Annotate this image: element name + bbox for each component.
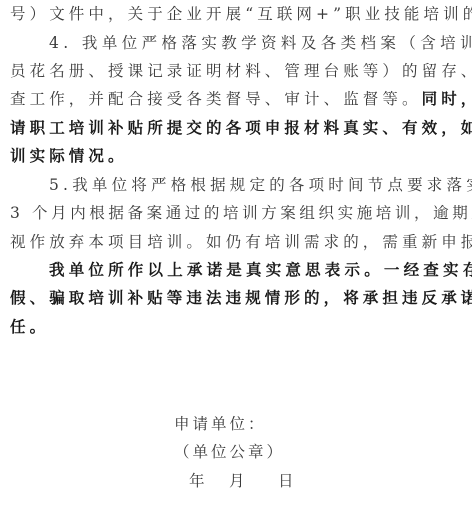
day-label: 日 (278, 471, 297, 491)
paragraph-4-line-1: 4. 我单位严格落实教学资料及各类档案（含培训方案、学 (49, 33, 472, 53)
applicant-label: 申请单位： (174, 414, 267, 434)
paragraph-5-line-3: 视作放弃本项目培训。如仍有培训需求的，需重新申报。 (10, 232, 470, 252)
commitment-document: 号）文件中，关于企业开展“互联网+”职业技能培训的条件要求。 4. 我单位严格落… (0, 0, 472, 506)
paragraph-5-line-2: 3 个月内根据备案通过的培训方案组织实施培训，逾期未实施的， (10, 203, 470, 223)
paragraph-4-line-4: 请职工培训补贴所提交的各项申报材料真实、有效，如实反映培 (10, 118, 470, 138)
paragraph-4-line-5: 训实际情况。 (10, 146, 470, 166)
closing-line-1: 我单位所作以上承诺是真实意思表示。一经查实存在弄虚作 (49, 260, 472, 280)
month-label: 月 (229, 471, 248, 491)
paragraph-4-line-3: 查工作，并配合接受各类督导、审计、监督等。同时，我单位申 (10, 89, 470, 109)
closing-line-3: 任。 (10, 317, 470, 337)
paragraph-4-line-3-bold: 同时，我单位申 (422, 90, 472, 108)
year-label: 年 (189, 471, 208, 491)
closing-line-2: 假、骗取培训补贴等违法违规情形的，将承担违反承诺的相应责 (10, 288, 470, 308)
paragraph-5-line-1: 5.我单位将严格根据规定的各项时间节点要求落实工作，在 (49, 175, 472, 195)
seal-label: （单位公章） (174, 442, 285, 462)
paragraph-3-end: 号）文件中，关于企业开展“互联网+”职业技能培训的条件要求。 (10, 4, 470, 24)
paragraph-4-line-3-normal: 查工作，并配合接受各类督导、审计、监督等。 (10, 90, 422, 108)
paragraph-4-line-2: 员花名册、授课记录证明材料、管理台账等）的留存、归档、备 (10, 61, 470, 81)
